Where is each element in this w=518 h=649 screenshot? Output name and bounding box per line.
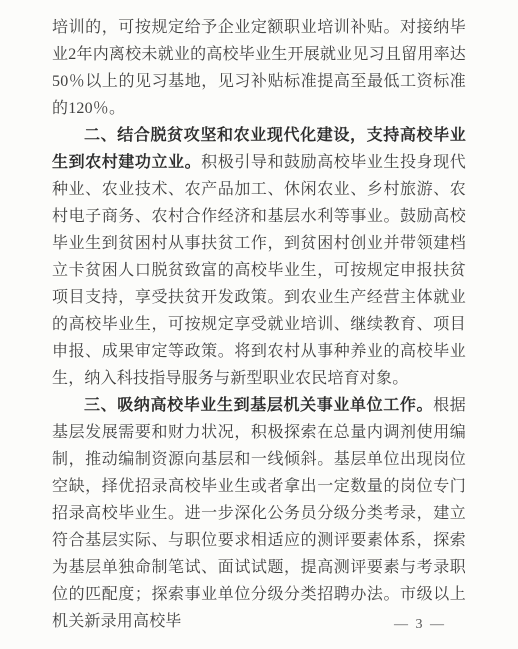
- paragraph-text: 培训的，可按规定给予企业定额职业培训补贴。对接纳毕业2年内离校未就业的高校毕业生…: [52, 19, 466, 117]
- paragraph-continuation: 培训的，可按规定给予企业定额职业培训补贴。对接纳毕业2年内离校未就业的高校毕业生…: [52, 14, 466, 122]
- page-number: — 3 —: [394, 617, 446, 633]
- document-page: 培训的，可按规定给予企业定额职业培训补贴。对接纳毕业2年内离校未就业的高校毕业生…: [0, 0, 518, 649]
- paragraph-text: 积极引导和鼓励高校毕业生投身现代种业、农业技术、农产品加工、休闲农业、乡村旅游、…: [52, 154, 466, 387]
- paragraph-section-2: 二、结合脱贫攻坚和农业现代化建设，支持高校毕业生到农村建功立业。积极引导和鼓励高…: [52, 122, 466, 392]
- paragraph-section-3: 三、吸纳高校毕业生到基层机关事业单位工作。根据基层发展需要和财力状况，积极探索在…: [52, 392, 466, 635]
- section-3-heading: 三、吸纳高校毕业生到基层机关事业单位工作。: [84, 397, 433, 414]
- paragraph-text: 根据基层发展需要和财力状况，积极探索在总量内调剂使用编制，推动编制资源向基层和一…: [52, 397, 466, 630]
- document-body: 培训的，可按规定给予企业定额职业培训补贴。对接纳毕业2年内离校未就业的高校毕业生…: [52, 14, 466, 635]
